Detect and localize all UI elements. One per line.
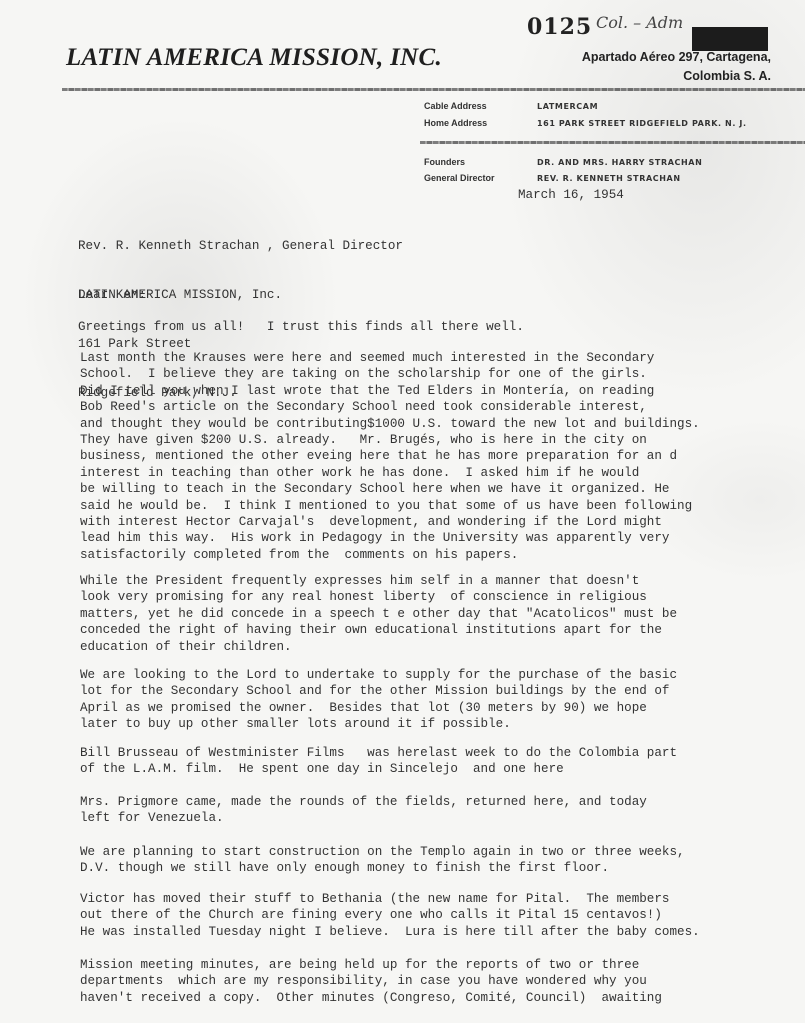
- paragraph-line: matters, yet he did concede in a speech …: [80, 606, 677, 622]
- paragraph-line: lead him this way. His work in Pedagogy …: [80, 530, 700, 546]
- paragraph-line: Last month the Krauses were here and see…: [80, 350, 700, 366]
- inside-address-line: Rev. R. Kenneth Strachan , General Direc…: [78, 238, 403, 254]
- paragraph-bethania: Victor has moved their stuff to Bethania…: [80, 891, 700, 940]
- paragraph-line: be willing to teach in the Secondary Sch…: [80, 481, 700, 497]
- paragraph-line: with interest Hector Carvajal's developm…: [80, 514, 700, 530]
- paragraph-line: lot for the Secondary School and for the…: [80, 683, 677, 699]
- paragraph-line: We are planning to start construction on…: [80, 844, 685, 860]
- paragraph-line: School. I believe they are taking on the…: [80, 366, 700, 382]
- paragraph-line: He was installed Tuesday night I believe…: [80, 924, 700, 940]
- paragraph-line: Mrs. Prigmore came, made the rounds of t…: [80, 794, 647, 810]
- paragraph-line: and thought they would be contributing$1…: [80, 416, 700, 432]
- paragraph-secondary-school: Last month the Krauses were here and see…: [80, 350, 700, 563]
- paragraph-minutes: Mission meeting minutes, are being held …: [80, 957, 662, 1006]
- letter-page: 0125 Col. – Adm LATIN AMERICA MISSION, I…: [0, 0, 805, 1023]
- letterhead-divider-secondary: [420, 141, 805, 144]
- paragraph-line: They have given $200 U.S. already. Mr. B…: [80, 432, 700, 448]
- paragraph-line: Bill Brusseau of Westminister Films was …: [80, 745, 677, 761]
- paragraph-film: Bill Brusseau of Westminister Films was …: [80, 745, 677, 778]
- home-address-value: 161 PARK STREET RIDGEFIELD PARK. N. J.: [537, 119, 747, 128]
- paragraph-president: While the President frequently expresses…: [80, 573, 677, 655]
- salutation: Dear Ken:: [78, 287, 146, 303]
- paragraph-templo: We are planning to start construction on…: [80, 844, 685, 877]
- paragraph-line: education of their children.: [80, 639, 677, 655]
- paragraph-line: left for Venezuela.: [80, 810, 647, 826]
- paragraph-line: Did I tell you when I last wrote that th…: [80, 383, 700, 399]
- paragraph-line: satisfactorily completed from the commen…: [80, 547, 700, 563]
- handwritten-note: Col. – Adm: [596, 13, 683, 32]
- mailing-address-line2: Colombia S. A.: [683, 69, 771, 83]
- paragraph-line: out there of the Church are fining every…: [80, 907, 700, 923]
- redaction-block: [692, 27, 768, 51]
- paragraph-line: We are looking to the Lord to undertake …: [80, 667, 677, 683]
- founders-label: Founders: [424, 157, 465, 167]
- paragraph-line: departments which are my responsibility,…: [80, 973, 662, 989]
- paragraph-line: Mission meeting minutes, are being held …: [80, 957, 662, 973]
- general-director-label: General Director: [424, 173, 495, 183]
- paragraph-line: D.V. though we still have only enough mo…: [80, 860, 685, 876]
- organization-name: LATIN AMERICA MISSION, INC.: [66, 44, 442, 72]
- founders-value: DR. AND MRS. HARRY STRACHAN: [537, 158, 702, 167]
- paragraph-line: haven't received a copy. Other minutes (…: [80, 990, 662, 1006]
- paragraph-line: Bob Reed's article on the Secondary Scho…: [80, 399, 700, 415]
- paragraph-lot-purchase: We are looking to the Lord to undertake …: [80, 667, 677, 733]
- paragraph-line: interest in teaching than other work he …: [80, 465, 700, 481]
- paragraph-line: While the President frequently expresses…: [80, 573, 677, 589]
- cable-address-label: Cable Address: [424, 101, 487, 111]
- letterhead-divider: [62, 88, 805, 91]
- letter-date: March 16, 1954: [518, 187, 624, 203]
- greeting-line: Greetings from us all! I trust this find…: [78, 319, 524, 335]
- paragraph-line: of the L.A.M. film. He spent one day in …: [80, 761, 677, 777]
- mailing-address-line1: Apartado Aéreo 297, Cartagena,: [582, 50, 771, 64]
- paragraph-line: said he would be. I think I mentioned to…: [80, 498, 700, 514]
- paragraph-line: later to buy up other smaller lots aroun…: [80, 716, 677, 732]
- document-number: 0125: [527, 14, 592, 40]
- paragraph-line: April as we promised the owner. Besides …: [80, 700, 677, 716]
- paragraph-prigmore: Mrs. Prigmore came, made the rounds of t…: [80, 794, 647, 827]
- paragraph-line: look very promising for any real honest …: [80, 589, 677, 605]
- paragraph-line: Victor has moved their stuff to Bethania…: [80, 891, 700, 907]
- paragraph-line: conceded the right of having their own e…: [80, 622, 677, 638]
- paragraph-line: business, mentioned the other eveing her…: [80, 448, 700, 464]
- cable-address-value: LATMERCAM: [537, 102, 598, 111]
- home-address-label: Home Address: [424, 118, 487, 128]
- general-director-value: REV. R. KENNETH STRACHAN: [537, 174, 681, 183]
